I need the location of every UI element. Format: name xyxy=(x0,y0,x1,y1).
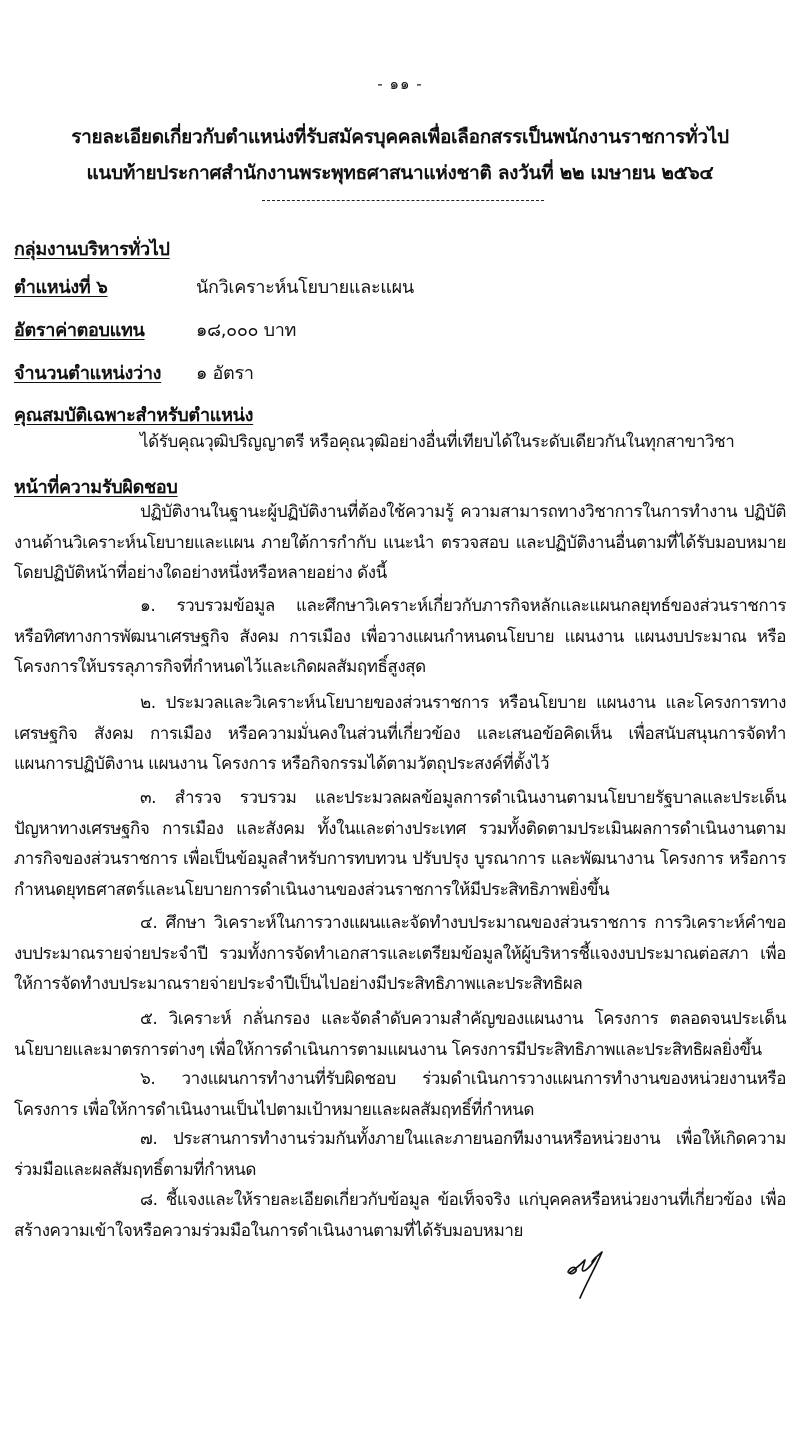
duty-item-4: ๔. ศึกษา วิเคราะห์ในการวางแผนและจัดทำงบป… xyxy=(14,908,786,1000)
duty-item-text: ๗. ประสานการทำงานร่วมกันทั้งภายในและภายน… xyxy=(14,1129,786,1180)
duty-item-text: ๒. ประมวลและวิเคราะห์นโยบายของส่วนราชการ… xyxy=(14,693,786,774)
signature-icon xyxy=(566,1240,616,1300)
document-title-line-1: รายละเอียดเกี่ยวกับตำแหน่งที่รับสมัครบุค… xyxy=(0,122,800,152)
duty-item-text: ๔. ศึกษา วิเคราะห์ในการวางแผนและจัดทำงบป… xyxy=(14,913,786,994)
compensation-value: ๑๘,๐๐๐ บาท xyxy=(196,315,296,344)
qualifications-text: ได้รับคุณวุฒิปริญญาตรี หรือคุณวุฒิอย่างอ… xyxy=(140,428,734,455)
duties-intro: ปฏิบัติงานในฐานะผู้ปฏิบัติงานที่ต้องใช้ค… xyxy=(14,497,786,589)
qualifications-heading: คุณสมบัติเฉพาะสำหรับตำแหน่ง xyxy=(14,400,253,429)
compensation-label: อัตราค่าตอบแทน xyxy=(14,315,145,344)
duty-item-8: ๘. ชี้แจงและให้รายละเอียดเกี่ยวกับข้อมูล… xyxy=(14,1185,786,1246)
duty-item-6: ๖. วางแผนการทำงานที่รับผิดชอบ ร่วมดำเนิน… xyxy=(14,1064,786,1125)
document-title-line-2: แนบท้ายประกาศสำนักงานพระพุทธศาสนาแห่งชาต… xyxy=(0,158,800,188)
duties-intro-text: ปฏิบัติงานในฐานะผู้ปฏิบัติงานที่ต้องใช้ค… xyxy=(14,502,786,583)
document-page: - ๑๑ - รายละเอียดเกี่ยวกับตำแหน่งที่รับส… xyxy=(0,0,800,1439)
duty-item-2: ๒. ประมวลและวิเคราะห์นโยบายของส่วนราชการ… xyxy=(14,688,786,780)
duty-item-text: ๑. รวบรวมข้อมูล และศึกษาวิเคราะห์เกี่ยวก… xyxy=(14,596,786,677)
duty-item-text: ๘. ชี้แจงและให้รายละเอียดเกี่ยวกับข้อมูล… xyxy=(14,1190,786,1241)
duty-item-1: ๑. รวบรวมข้อมูล และศึกษาวิเคราะห์เกี่ยวก… xyxy=(14,591,786,683)
group-heading: กลุ่มงานบริหารทั่วไป xyxy=(14,234,170,263)
duty-item-text: ๕. วิเคราะห์ กลั่นกรอง และจัดลำดับความสำ… xyxy=(14,1009,786,1060)
vacancies-label: จำนวนตำแหน่งว่าง xyxy=(14,358,161,387)
duty-item-text: ๓. สำรวจ รวบรวม และประมวลผลข้อมูลการดำเน… xyxy=(14,788,786,900)
position-label: ตำแหน่งที่ ๖ xyxy=(14,272,108,301)
vacancies-value: ๑ อัตรา xyxy=(196,358,254,387)
duty-item-7: ๗. ประสานการทำงานร่วมกันทั้งภายในและภายน… xyxy=(14,1124,786,1185)
page-number: - ๑๑ - xyxy=(0,72,800,96)
duty-item-3: ๓. สำรวจ รวบรวม และประมวลผลข้อมูลการดำเน… xyxy=(14,783,786,905)
title-divider xyxy=(262,200,544,201)
duty-item-text: ๖. วางแผนการทำงานที่รับผิดชอบ ร่วมดำเนิน… xyxy=(14,1069,786,1120)
duty-item-5: ๕. วิเคราะห์ กลั่นกรอง และจัดลำดับความสำ… xyxy=(14,1004,786,1065)
position-value: นักวิเคราะห์นโยบายและแผน xyxy=(196,272,414,301)
